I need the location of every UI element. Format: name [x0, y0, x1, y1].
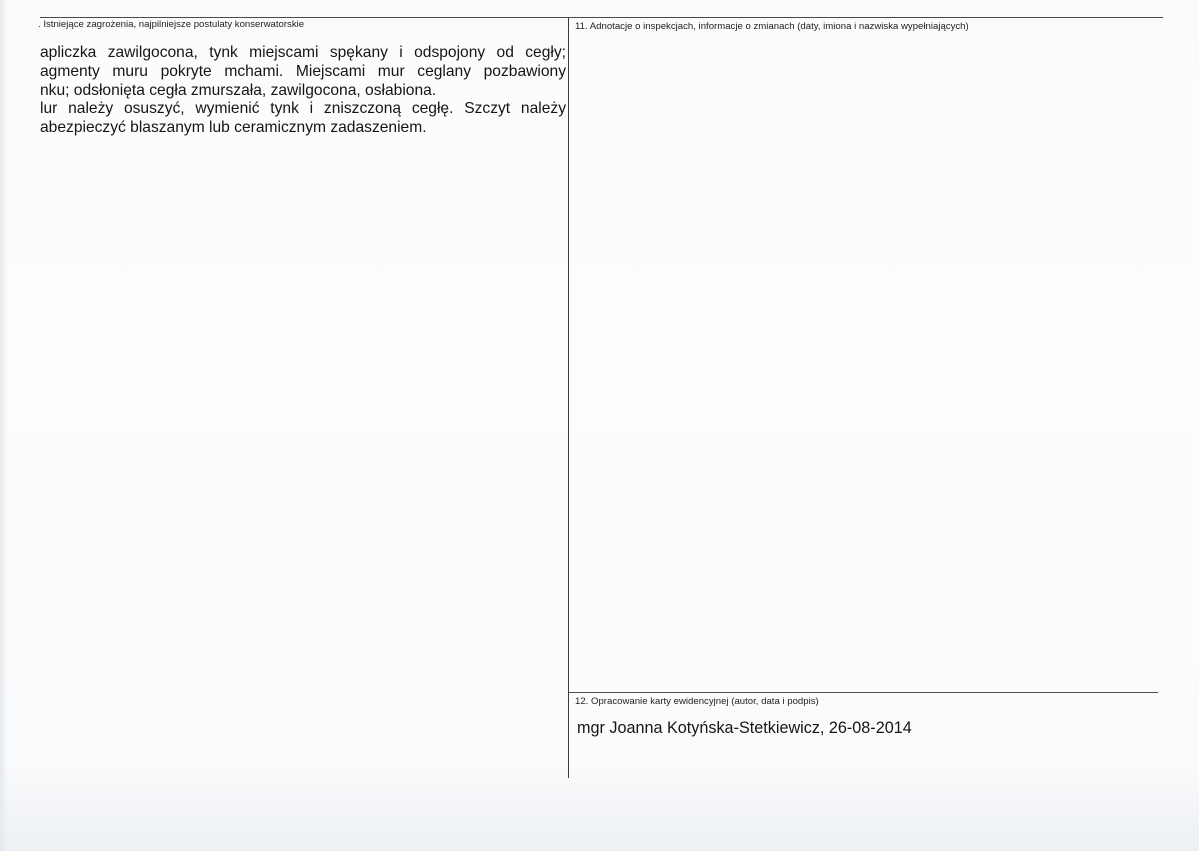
- section-10-line: lur należy osuszyć, wymienić tynk i znis…: [40, 100, 566, 119]
- section-10-line: abezpieczyć blaszanym lub ceramicznym za…: [40, 119, 568, 138]
- scanned-form-page: . Istniejące zagrożenia, najpilniejsze p…: [0, 0, 1199, 851]
- section-10-heading: . Istniejące zagrożenia, najpilniejsze p…: [38, 19, 304, 31]
- section-10-line: apliczka zawilgocona, tynk miejscami spę…: [40, 44, 566, 63]
- section-12-author-date: mgr Joanna Kotyńska-Stetkiewicz, 26-08-2…: [577, 718, 912, 738]
- section-10-line: agmenty muru pokryte mchami. Miejscami m…: [40, 63, 566, 82]
- section-12-rule: [568, 692, 1158, 693]
- column-divider: [568, 18, 569, 778]
- section-10-line: nku; odsłonięta cegła zmurszała, zawilgo…: [40, 82, 568, 101]
- section-12-heading: 12. Opracowanie karty ewidencyjnej (auto…: [575, 696, 819, 708]
- top-rule: [40, 17, 1163, 18]
- section-10-content: apliczka zawilgocona, tynk miejscami spę…: [40, 44, 568, 138]
- section-11-heading: 11. Adnotacje o inspekcjach, informacje …: [575, 21, 969, 33]
